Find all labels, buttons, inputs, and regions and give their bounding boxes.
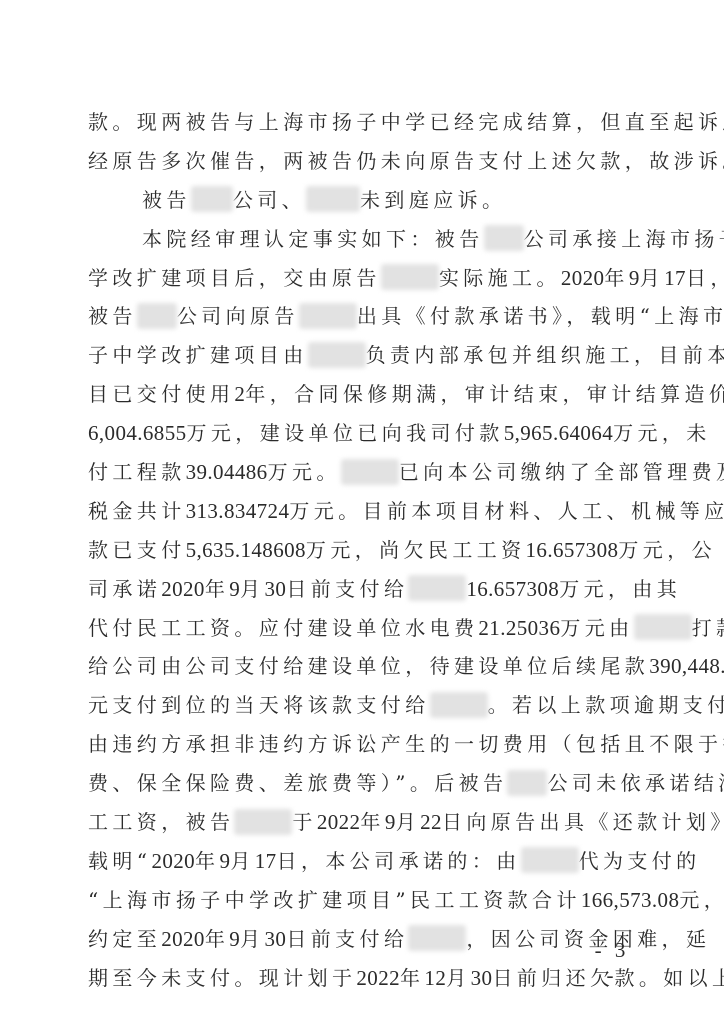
redacted-name [234, 809, 292, 835]
numeric-value: 30 [471, 966, 493, 990]
numeric-value: 16.657308 [466, 577, 559, 601]
text-segment: 被告 [142, 188, 191, 212]
text-segment: 月 [240, 927, 264, 951]
numeric-value: 2 [234, 382, 245, 406]
text-segment: 年 [195, 849, 219, 873]
text-segment: 月 [446, 966, 470, 990]
redacted-name [381, 264, 439, 290]
text-segment: 实际施工。 [439, 266, 561, 290]
text-segment: 年 [604, 266, 628, 290]
numeric-value: 2020 [561, 266, 605, 290]
text-line: 款。现两被告与上海市扬子中学已经完成结算，但直至起诉之日， [88, 103, 636, 142]
text-segment: 公司未依承诺结清民 [547, 771, 724, 795]
numeric-value: 22 [420, 810, 442, 834]
redacted-name [430, 692, 488, 718]
text-line: 学改扩建项目后，交由原告实际施工。2020年9月17日， [88, 259, 636, 298]
text-segment: 年 [400, 966, 424, 990]
text-segment: 万元，由其 [559, 577, 681, 601]
numeric-value: 390,448.6 [649, 654, 724, 678]
text-segment: 出具《付款承诺书》，载明“上海市扬 [357, 304, 724, 328]
numeric-value: 9 [229, 927, 240, 951]
numeric-value: 30 [265, 927, 287, 951]
text-segment: 司承诺 [88, 577, 161, 601]
numeric-value: 9 [629, 266, 640, 290]
text-segment: 年，合同保修期满，审计结束，审计结算造价为 [245, 382, 724, 406]
text-segment: 日前支付给 [286, 577, 408, 601]
text-line: “上海市扬子中学改扩建项目”民工工资款合计166,573.08元， [88, 881, 636, 920]
redacted-name [306, 186, 360, 212]
redacted-name [634, 614, 692, 640]
text-line: 本院经审理认定事实如下：被告公司承接上海市扬子中 [88, 220, 636, 259]
text-segment: 日，本公司承诺的：由 [277, 849, 521, 873]
text-segment: 代付民工工资。应付建设单位水电费 [88, 616, 478, 640]
text-segment: 日向原告出具《还款计划》， [442, 810, 724, 834]
text-segment: 月 [230, 849, 254, 873]
text-segment: 载明“ [88, 849, 151, 873]
numeric-value: 2022 [317, 810, 361, 834]
text-segment: 月 [396, 810, 420, 834]
text-segment: 由违约方承担非违约方诉讼产生的一切费用（包括且不限于律师 [88, 732, 724, 756]
text-segment: 工工资，被告 [88, 810, 234, 834]
redacted-name [137, 303, 177, 329]
redacted-name [484, 225, 524, 251]
text-line: 付工程款39.04486万元。已向本公司缴纳了全部管理费及 [88, 453, 636, 492]
page-number: - 3 - [585, 938, 639, 988]
text-line: 被告公司、未到庭应诉。 [88, 181, 636, 220]
numeric-value: 2020 [161, 577, 205, 601]
text-segment: 万元。 [268, 460, 341, 484]
text-segment: 万元，尚欠民工工资 [306, 538, 526, 562]
text-line: 载明“2020年9月17日，本公司承诺的：由代为支付的 [88, 842, 636, 881]
text-segment: 万元由 [560, 616, 633, 640]
text-segment: 代为支付的 [579, 849, 701, 873]
text-line: 子中学改扩建项目由负责内部承包并组织施工，目前本项 [88, 336, 636, 375]
redacted-name [521, 847, 579, 873]
numeric-value: 9 [219, 849, 230, 873]
text-segment: 约定至 [88, 927, 161, 951]
text-segment: 子中学改扩建项目由 [88, 343, 308, 367]
text-segment: 元， [679, 888, 724, 912]
redacted-name [308, 342, 366, 368]
redacted-name [408, 575, 466, 601]
text-segment: 公司承接上海市扬子中 [524, 227, 724, 251]
text-segment: 学改扩建项目后，交由原告 [88, 266, 381, 290]
redacted-name [408, 925, 466, 951]
text-segment: 未到庭应诉。 [360, 188, 506, 212]
numeric-value: 166,573.08 [581, 888, 680, 912]
numeric-value: 9 [229, 577, 240, 601]
text-segment: 公司向原告 [177, 304, 299, 328]
numeric-value: 9 [385, 810, 396, 834]
text-segment: 于 [292, 810, 316, 834]
redacted-name [299, 303, 357, 329]
text-segment: 已向本公司缴纳了全部管理费及 [399, 460, 724, 484]
text-segment: 公司、 [233, 188, 306, 212]
numeric-value: 6,004.6855 [88, 421, 187, 445]
text-line: 款已支付5,635.148608万元，尚欠民工工资16.657308万元，公 [88, 531, 636, 570]
text-segment: 经原告多次催告，两被告仍未向原告支付上述欠款，故涉诉。 [88, 149, 724, 173]
text-segment: 日前支付给 [286, 927, 408, 951]
numeric-value: 17 [255, 849, 277, 873]
redacted-name [507, 770, 547, 796]
text-segment: 元支付到位的当天将该款支付给 [88, 693, 430, 717]
text-line: 税金共计313.834724万元。目前本项目材料、人工、机械等应付 [88, 492, 636, 531]
text-segment: 年 [360, 810, 384, 834]
text-segment: 款已支付 [88, 538, 186, 562]
text-line: 6,004.6855万元，建设单位已向我司付款5,965.64064万元，未 [88, 414, 636, 453]
text-segment: 被告 [88, 304, 137, 328]
text-segment: “上海市扬子中学改扩建项目”民工工资款合计 [88, 888, 581, 912]
text-line: 被告公司向原告出具《付款承诺书》，载明“上海市扬 [88, 297, 636, 336]
text-segment: 万元，公 [618, 538, 716, 562]
numeric-value: 313.834724 [186, 499, 290, 523]
text-segment: 万元。目前本项目材料、人工、机械等应付 [289, 499, 724, 523]
numeric-value: 30 [265, 577, 287, 601]
document-page: 款。现两被告与上海市扬子中学已经完成结算，但直至起诉之日，经原告多次催告，两被告… [0, 0, 724, 1024]
text-segment: 年 [205, 577, 229, 601]
text-segment: 负责内部承包并组织施工，目前本项 [366, 343, 724, 367]
text-segment: 月 [640, 266, 664, 290]
judgment-body-text: 款。现两被告与上海市扬子中学已经完成结算，但直至起诉之日，经原告多次催告，两被告… [88, 103, 636, 997]
text-line: 给公司由公司支付给建设单位，待建设单位后续尾款390,448.6 [88, 647, 636, 686]
numeric-value: 5,635.148608 [186, 538, 306, 562]
text-segment: 税金共计 [88, 499, 186, 523]
text-line: 经原告多次催告，两被告仍未向原告支付上述欠款，故涉诉。 [88, 142, 636, 181]
text-segment: 本院经审理认定事实如下：被告 [142, 227, 484, 251]
text-line: 元支付到位的当天将该款支付给。若以上款项逾期支付的， [88, 686, 636, 725]
text-segment: 万元，建设单位已向我司付款 [187, 421, 504, 445]
numeric-value: 5,965.64064 [504, 421, 613, 445]
redacted-name [341, 459, 399, 485]
text-segment: 。若以上款项逾期支付的， [488, 693, 724, 717]
text-segment: 费、保全保险费、差旅费等）”。后被告 [88, 771, 507, 795]
text-line: 代付民工工资。应付建设单位水电费21.25036万元由打款 [88, 609, 636, 648]
text-segment: 打款 [692, 616, 724, 640]
text-segment: 目已交付使用 [88, 382, 234, 406]
numeric-value: 17 [664, 266, 686, 290]
numeric-value: 2020 [161, 927, 205, 951]
numeric-value: 16.657308 [526, 538, 619, 562]
text-line: 工工资，被告于2022年9月22日向原告出具《还款计划》， [88, 803, 636, 842]
text-line: 费、保全保险费、差旅费等）”。后被告公司未依承诺结清民 [88, 764, 636, 803]
text-line: 目已交付使用2年，合同保修期满，审计结束，审计结算造价为 [88, 375, 636, 414]
text-line: 期至今未支付。现计划于2022年12月30日前归还欠款。如以上 [88, 959, 636, 998]
text-segment: 期至今未支付。现计划于 [88, 966, 356, 990]
text-line: 由违约方承担非违约方诉讼产生的一切费用（包括且不限于律师 [88, 725, 636, 764]
numeric-value: 12 [424, 966, 446, 990]
text-segment: 付工程款 [88, 460, 186, 484]
text-segment: 月 [240, 577, 264, 601]
text-segment: 日， [686, 266, 724, 290]
redacted-name [191, 186, 233, 212]
numeric-value: 2020 [151, 849, 195, 873]
text-segment: 款。现两被告与上海市扬子中学已经完成结算，但直至起诉之日， [88, 110, 724, 134]
text-line: 司承诺2020年9月30日前支付给16.657308万元，由其 [88, 570, 636, 609]
numeric-value: 21.25036 [478, 616, 560, 640]
numeric-value: 39.04486 [186, 460, 268, 484]
text-line: 约定至2020年9月30日前支付给，因公司资金困难，延 [88, 920, 636, 959]
text-segment: 给公司由公司支付给建设单位，待建设单位后续尾款 [88, 654, 649, 678]
numeric-value: 2022 [356, 966, 400, 990]
text-segment: 年 [205, 927, 229, 951]
text-segment: 万元，未 [613, 421, 711, 445]
